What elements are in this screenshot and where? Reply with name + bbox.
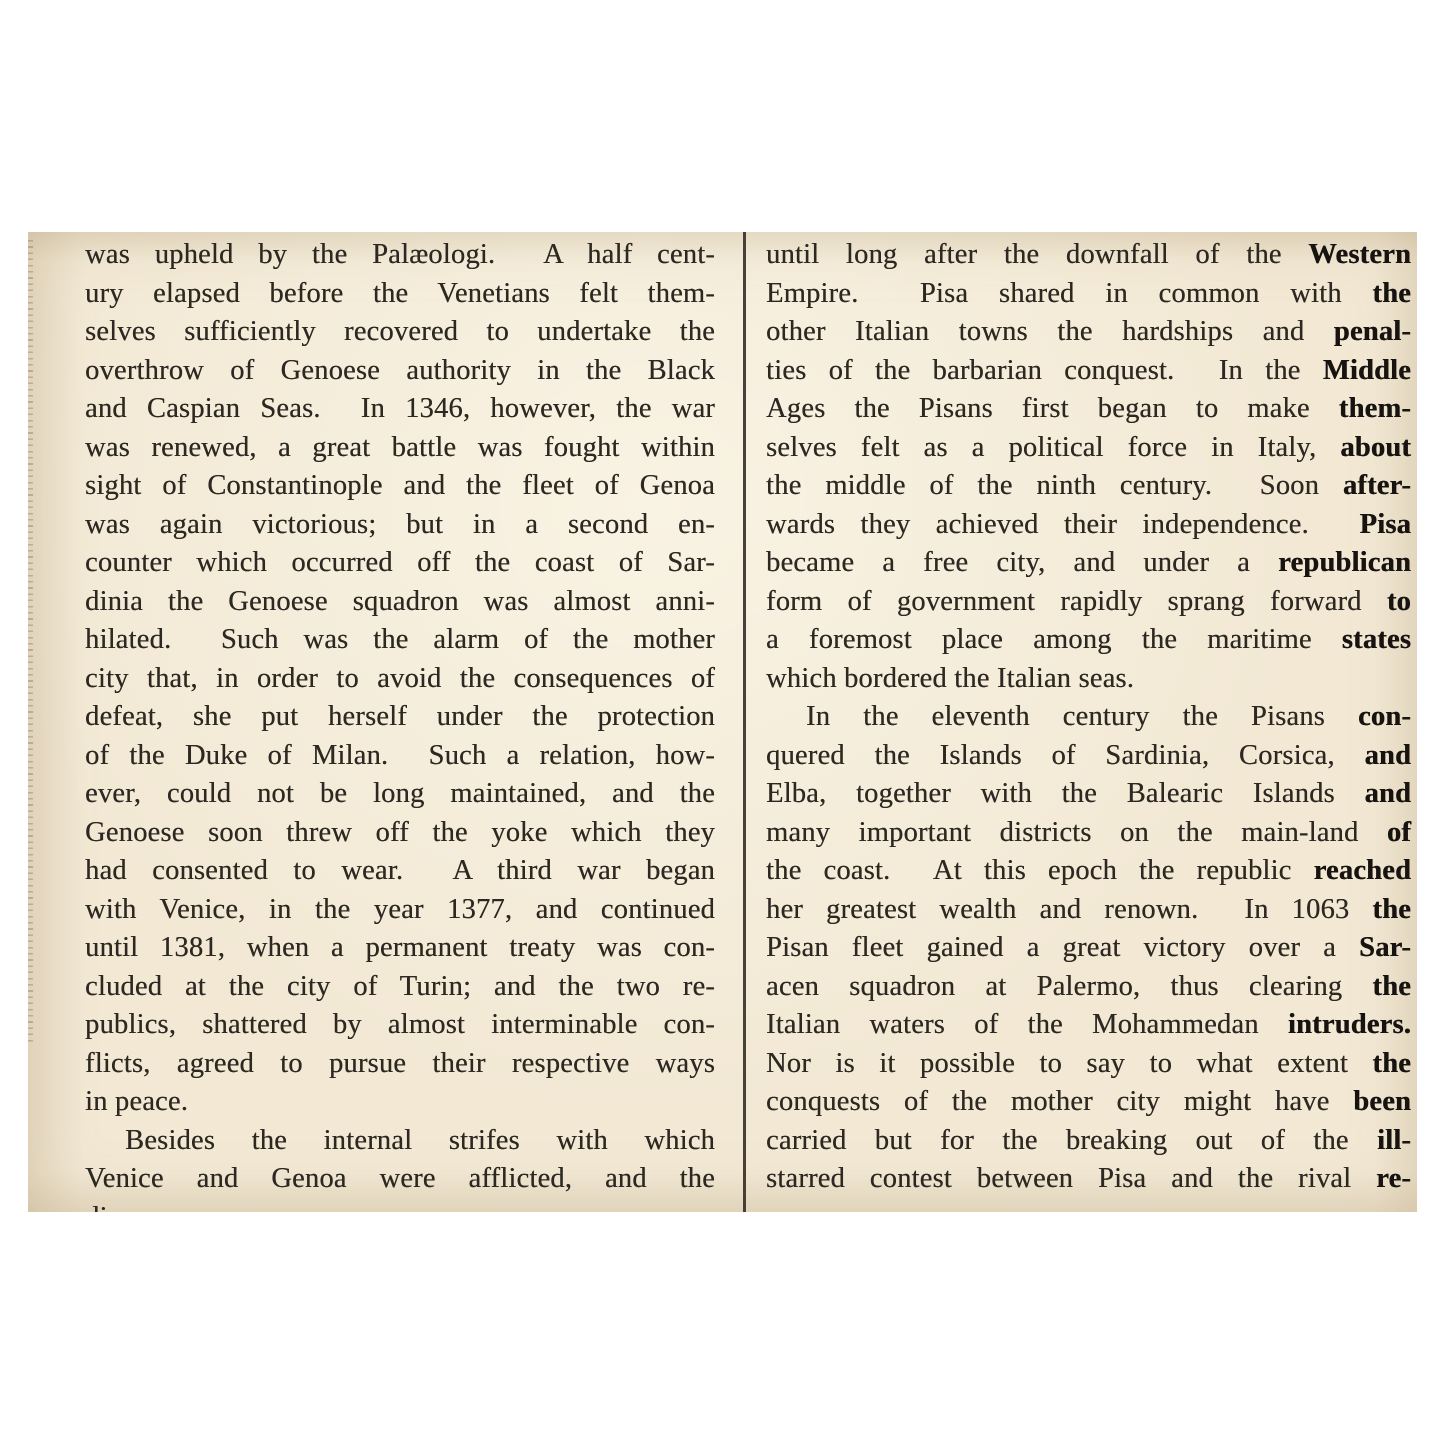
text-line: conquests of the mother city might have … [766, 1083, 1411, 1122]
text-line: until 1381, when a permanent treaty was … [85, 929, 715, 968]
text-line: cluded at the city of Turin; and the two… [85, 968, 715, 1007]
text-line: her greatest wealth and renown. In 1063 … [766, 891, 1411, 930]
text-line: ties of the barbarian conquest. In the M… [766, 352, 1411, 391]
partial-text-line: di [85, 1199, 715, 1213]
text-line: Genoese soon threw off the yoke which th… [85, 814, 715, 853]
text-line: was renewed, a great battle was fought w… [85, 429, 715, 468]
text-line: Pisan fleet gained a great victory over … [766, 929, 1411, 968]
left-text-column: was upheld by the Palæologi. A half cent… [85, 236, 715, 1212]
text-line: with Venice, in the year 1377, and conti… [85, 891, 715, 930]
text-line: Nor is it possible to say to what extent… [766, 1045, 1411, 1084]
text-line: became a free city, and under a republic… [766, 544, 1411, 583]
text-line: ever, could not be long maintained, and … [85, 775, 715, 814]
text-line: the coast. At this epoch the republic re… [766, 852, 1411, 891]
text-line: and Caspian Seas. In 1346, however, the … [85, 390, 715, 429]
text-line: defeat, she put herself under the protec… [85, 698, 715, 737]
text-line: form of government rapidly sprang forwar… [766, 583, 1411, 622]
text-line: a foremost place among the maritime stat… [766, 621, 1411, 660]
text-line: selves sufficiently recovered to underta… [85, 313, 715, 352]
text-line: Ages the Pisans first began to make them… [766, 390, 1411, 429]
text-line: flicts, agreed to pursue their respectiv… [85, 1045, 715, 1084]
text-line: wards they achieved their independence. … [766, 506, 1411, 545]
text-line: Italian waters of the Mohammedan intrude… [766, 1006, 1411, 1045]
text-line: which bordered the Italian seas. [766, 660, 1411, 699]
text-line: ury elapsed before the Venetians felt th… [85, 275, 715, 314]
text-line: selves felt as a political force in Ital… [766, 429, 1411, 468]
text-line: carried but for the breaking out of the … [766, 1122, 1411, 1161]
text-line: the middle of the ninth century. Soon af… [766, 467, 1411, 506]
text-line: in peace. [85, 1083, 715, 1122]
text-line: publics, shattered by almost interminabl… [85, 1006, 715, 1045]
text-line: acen squadron at Palermo, thus clearing … [766, 968, 1411, 1007]
text-line: dinia the Genoese squadron was almost an… [85, 583, 715, 622]
text-line: Empire. Pisa shared in common with the [766, 275, 1411, 314]
text-line: of the Duke of Milan. Such a relation, h… [85, 737, 715, 776]
text-line: In the eleventh century the Pisans con- [766, 698, 1411, 737]
book-page-scan: was upheld by the Palæologi. A half cent… [28, 232, 1417, 1212]
text-line: many important districts on the main-lan… [766, 814, 1411, 853]
text-line: other Italian towns the hardships and pe… [766, 313, 1411, 352]
text-line: sight of Constantinople and the fleet of… [85, 467, 715, 506]
text-line: city that, in order to avoid the consequ… [85, 660, 715, 699]
text-line: was again victorious; but in a second en… [85, 506, 715, 545]
text-line: Elba, together with the Balearic Islands… [766, 775, 1411, 814]
text-line: starred contest between Pisa and the riv… [766, 1160, 1411, 1199]
text-line: overthrow of Genoese authority in the Bl… [85, 352, 715, 391]
text-line: counter which occurred off the coast of … [85, 544, 715, 583]
text-line: quered the Islands of Sardinia, Corsica,… [766, 737, 1411, 776]
text-line: hilated. Such was the alarm of the mothe… [85, 621, 715, 660]
paper-deckle-edge [28, 240, 33, 1044]
right-text-column: until long after the downfall of the Wes… [766, 236, 1411, 1199]
text-line: Venice and Genoa were afflicted, and the [85, 1160, 715, 1199]
text-line: was upheld by the Palæologi. A half cent… [85, 236, 715, 275]
column-divider-rule [743, 232, 746, 1212]
text-line: had consented to wear. A third war began [85, 852, 715, 891]
text-line: Besides the internal strifes with which [85, 1122, 715, 1161]
text-line: until long after the downfall of the Wes… [766, 236, 1411, 275]
